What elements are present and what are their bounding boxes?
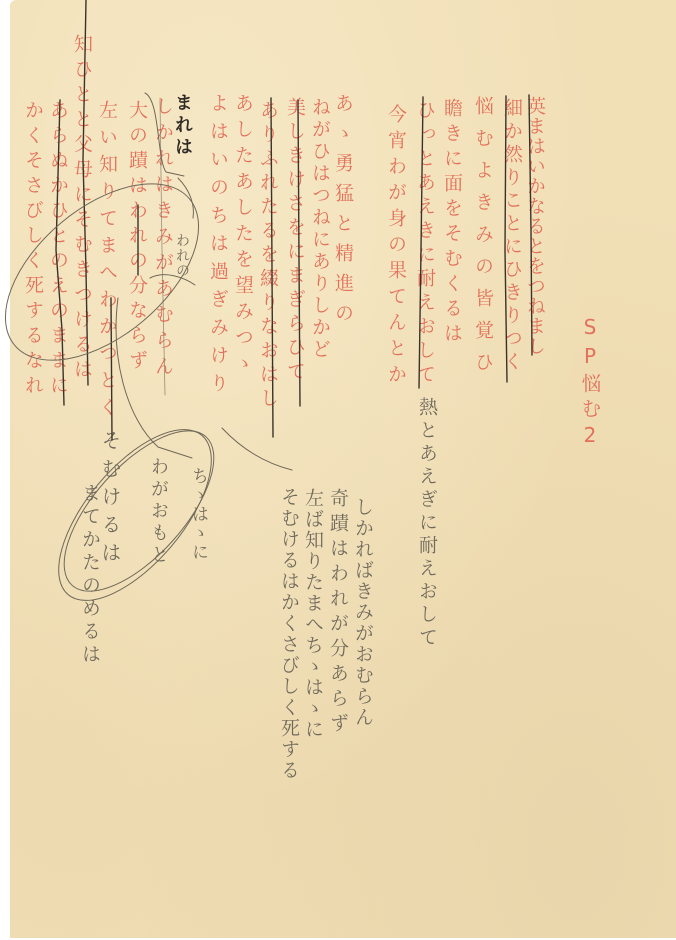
verse-line: あしたあしたを望みつゝ [233, 93, 252, 379]
revision-line: 熱とあえぎに耐えおして [417, 397, 436, 650]
verse-line: 英まはいかなるとをつねまし [525, 96, 544, 356]
verse-line: あゝ勇猛と精進の [333, 93, 352, 333]
revision-line: そむけるは [100, 430, 120, 570]
verse-line: しかれはきみがあむらん [153, 96, 172, 382]
black-ink-insert: まれは [173, 93, 191, 159]
revision-line: 奇蹟はわれが分あらず [328, 488, 347, 738]
verse-line: 細か然りことにひきりつく [502, 98, 521, 374]
revision-line: まてかたのめるは [80, 483, 99, 667]
verse-line: よはいのちは過ぎみけり [208, 93, 227, 401]
revision-line: ちゝはゝに [189, 467, 206, 562]
verse-line: ひっとあえきに耐えおして [415, 100, 434, 388]
verse-line: 美しきけさをにまぎらひて [285, 97, 304, 385]
manuscript-heading: SP悩む2 [580, 315, 600, 452]
revision-line: 左ば知りたまへちゝはゝに [303, 488, 322, 740]
verse-line: 大の蹟はわれの分ならず [127, 100, 146, 375]
revision-line: わがおもと [149, 457, 167, 567]
verse-line: あらぬかひとのえのままに [48, 100, 67, 400]
verse-line: 左い知りてまへわかつとく [97, 100, 116, 424]
verse-line: ありふれたるを綴りなおはし [258, 100, 277, 412]
revision-line: そむけるはかくさびしく死する [279, 487, 298, 781]
verse-line: 悩むよきみの皆覚ひ [473, 96, 492, 384]
revision-line: しかればきみがおむらん [353, 497, 372, 728]
verse-line: かくそさびしく死するなれ [23, 100, 42, 400]
pencil-margin-note: われの [175, 233, 189, 278]
verse-line: 知ひとと父母にそむきつけるは [72, 34, 91, 384]
verse-line: 瞻きに面をそむくるは [442, 98, 461, 348]
verse-line: ねがひはつねにありしかど [310, 97, 329, 361]
verse-line: 今宵わが身の果てんとか [386, 104, 405, 390]
